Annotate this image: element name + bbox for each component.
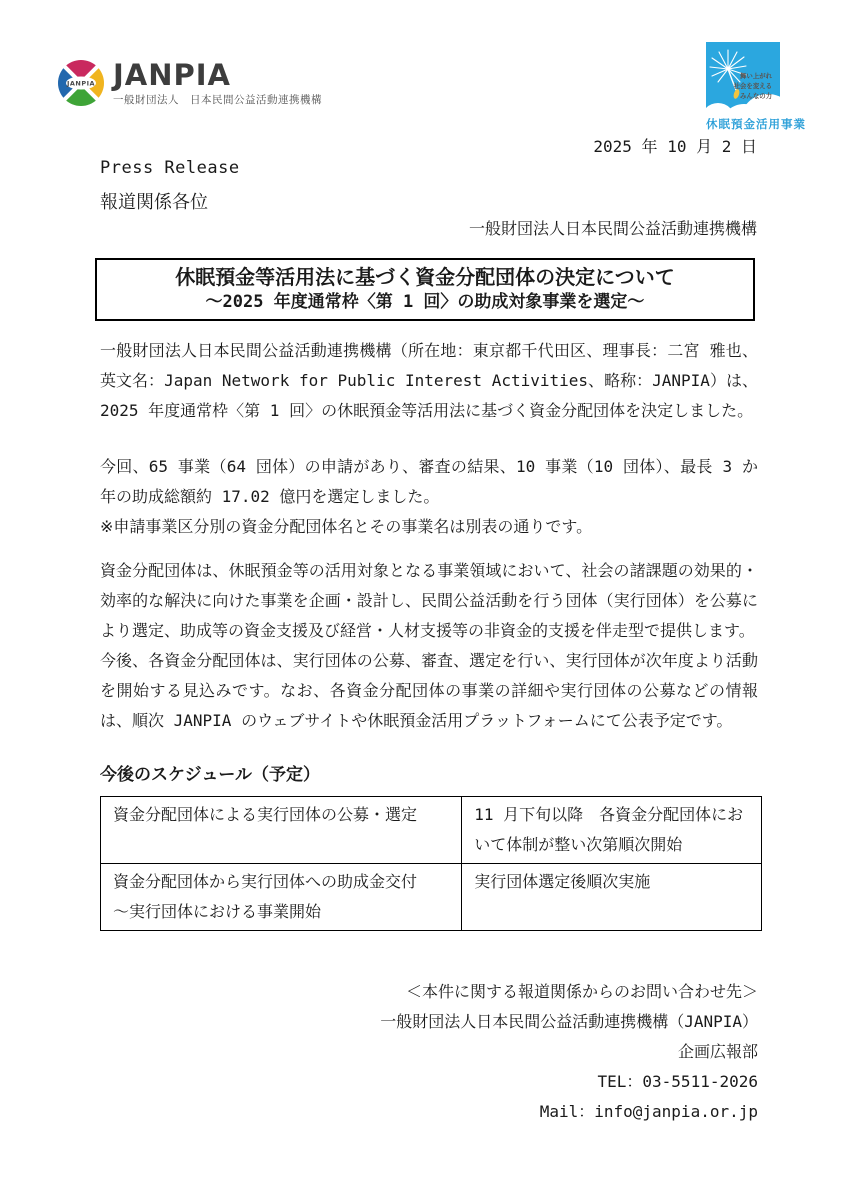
press-release-label: Press Release <box>100 158 240 178</box>
contact-block: ＜本件に関する報道関係からのお問い合わせ先＞ 一般財団法人日本民間公益活動連携機… <box>100 977 758 1127</box>
schedule-timing-cell: 実行団体選定後順次実施 <box>462 864 762 931</box>
schedule-item-text: 資金分配団体から実行団体への助成金交付 <box>113 867 449 897</box>
contact-tel: TEL：03-5511-2026 <box>100 1067 758 1097</box>
table-row: 資金分配団体から実行団体への助成金交付 ～実行団体における事業開始 実行団体選定… <box>101 864 762 931</box>
body-text: 一般財団法人日本民間公益活動連携機構（所在地：東京都千代田区、理事長：二宮 雅也… <box>100 336 758 1127</box>
addressee: 報道関係各位 <box>100 188 208 214</box>
title-line2: ～2025 年度通常枠〈第 1 回〉の助成対象事業を選定～ <box>101 290 749 314</box>
janpia-circle-mark-icon: JANPIA <box>58 60 104 106</box>
schedule-item-text: 資金分配団体による実行団体の公募・選定 <box>113 800 449 830</box>
table-row: 資金分配団体による実行団体の公募・選定 11 月下旬以降 各資金分配団体において… <box>101 797 762 864</box>
schedule-item-cell: 資金分配団体による実行団体の公募・選定 <box>101 797 462 864</box>
contact-org: 一般財団法人日本民間公益活動連携機構（JANPIA） <box>100 1007 758 1037</box>
janpia-wordmark-text: JANPIA <box>113 60 322 92</box>
kyumin-slogan-line2: 社会を変える <box>733 81 772 90</box>
contact-mail: Mail：info@janpia.or.jp <box>100 1097 758 1127</box>
spacer <box>100 426 758 452</box>
paragraph-role: 資金分配団体は、休眠預金等の活用対象となる事業領域において、社会の諸課題の効果的… <box>100 556 758 646</box>
title-box: 休眠預金等活用法に基づく資金分配団体の決定について ～2025 年度通常枠〈第 … <box>95 258 755 321</box>
schedule-item-cell: 資金分配団体から実行団体への助成金交付 ～実行団体における事業開始 <box>101 864 462 931</box>
schedule-timing-text: 実行団体選定後順次実施 <box>474 867 749 897</box>
janpia-org-subtext: 一般財団法人 日本民間公益活動連携機構 <box>113 95 322 107</box>
press-release-page: JANPIA JANPIA 一般財団法人 日本民間公益活動連携機構 <box>0 0 848 1200</box>
paragraph-results: 今回、65 事業（64 団体）の申請があり、審査の結果、10 事業（10 団体）… <box>100 452 758 512</box>
janpia-logo: JANPIA JANPIA 一般財団法人 日本民間公益活動連携機構 <box>58 60 322 106</box>
release-date: 2025 年 10 月 2 日 <box>593 134 757 157</box>
title-line1: 休眠預金等活用法に基づく資金分配団体の決定について <box>101 264 749 290</box>
paragraph-intro: 一般財団法人日本民間公益活動連携機構（所在地：東京都千代田区、理事長：二宮 雅也… <box>100 336 758 426</box>
kyumin-yokin-logo: 舞い上がれ 社会を変える みんなの力 休眠預金活用事業 <box>706 42 780 132</box>
janpia-wordmark: JANPIA 一般財団法人 日本民間公益活動連携機構 <box>113 60 322 106</box>
spacer <box>100 542 758 556</box>
schedule-timing-cell: 11 月下旬以降 各資金分配団体において体制が整い次第順次開始 <box>462 797 762 864</box>
schedule-item-text2: ～実行団体における事業開始 <box>113 897 449 927</box>
kyumin-slogan-line3: みんなの力 <box>740 91 772 100</box>
contact-department: 企画広報部 <box>100 1037 758 1067</box>
schedule-heading: 今後のスケジュール（予定） <box>100 760 758 790</box>
paragraph-next-steps: 今後、各資金分配団体は、実行団体の公募、審査、選定を行い、実行団体が次年度より活… <box>100 646 758 736</box>
schedule-timing-text: 11 月下旬以降 各資金分配団体において体制が整い次第順次開始 <box>474 800 749 860</box>
kyumin-program-label: 休眠預金活用事業 <box>706 116 780 132</box>
contact-heading: ＜本件に関する報道関係からのお問い合わせ先＞ <box>100 977 758 1007</box>
janpia-mark-label: JANPIA <box>66 77 96 90</box>
dandelion-seed-icon: 舞い上がれ 社会を変える みんなの力 <box>706 42 780 114</box>
issuing-org-name: 一般財団法人日本民間公益活動連携機構 <box>469 216 757 239</box>
kyumin-slogan-line1: 舞い上がれ <box>740 71 773 80</box>
schedule-table: 資金分配団体による実行団体の公募・選定 11 月下旬以降 各資金分配団体において… <box>100 796 762 931</box>
paragraph-note: ※申請事業区分別の資金分配団体名とその事業名は別表の通りです。 <box>100 512 758 542</box>
